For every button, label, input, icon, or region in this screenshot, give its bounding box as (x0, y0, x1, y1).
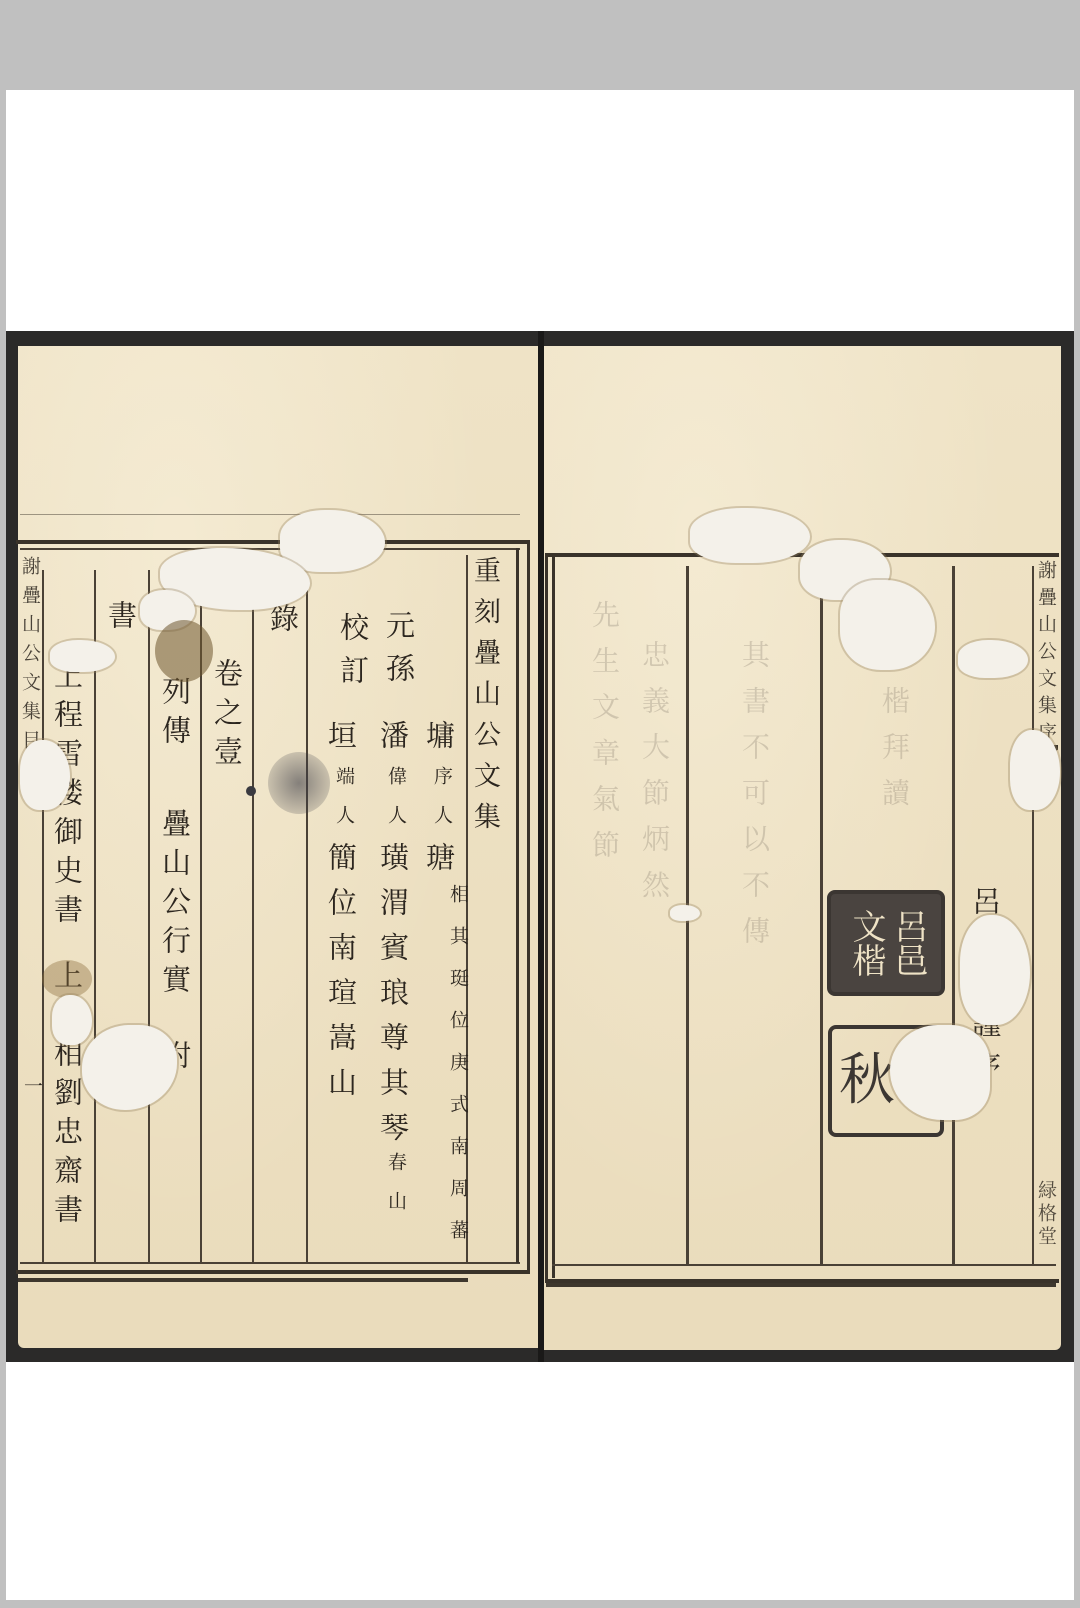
paper-damage (960, 915, 1030, 1025)
right-bottom-band (546, 1283, 1056, 1287)
paper-damage (890, 1025, 990, 1120)
left-bottom-band (18, 1278, 468, 1282)
column-rule (306, 590, 308, 1262)
left-inner-top-rule (20, 548, 520, 550)
letters-heading: 書 (106, 600, 135, 643)
editor-note: 偉人 (386, 766, 405, 844)
paper-damage (958, 640, 1028, 678)
right-edge-bottom: 緑格堂 (1036, 1180, 1055, 1249)
paper-damage (52, 995, 92, 1045)
editor-name-yuan: 垣 (326, 720, 355, 763)
stain (155, 620, 213, 682)
volume-one-label: 卷之壹 (212, 658, 241, 775)
editor-detail-3: 簡位南瑄嵩山 (326, 842, 355, 1112)
right-outer-rule (552, 556, 555, 1278)
editor-note: 端人 (334, 766, 353, 844)
right-inner-bottom-rule (552, 1264, 1056, 1266)
seal-text: 呂邑 (889, 909, 925, 977)
editor-name-tang: 瑭 (424, 842, 453, 885)
left-inner-bottom-rule (20, 1262, 520, 1264)
show-through-text: 先生文章氣節 (590, 600, 618, 876)
editor-name-pan: 潘 (378, 720, 407, 763)
column-rule (1032, 566, 1034, 1264)
column-rule (820, 566, 823, 1264)
paper-damage (1010, 730, 1060, 810)
paper-damage (840, 580, 935, 670)
ink-dot (246, 786, 256, 796)
editor-name-yong: 墉 (424, 720, 453, 763)
column-rule (42, 570, 44, 1262)
editor-label-yuansun: 元孫 (384, 610, 413, 696)
column-rule (94, 570, 96, 1262)
biography-heading: 列傳 (160, 676, 189, 754)
book-spine (538, 331, 544, 1362)
editor-label-jiaoding: 校訂 (338, 612, 367, 698)
show-through-text: 其書不可以不傳 (740, 640, 768, 962)
ink-blot (268, 752, 330, 814)
column-rule (252, 570, 254, 1262)
editor-note: 序人 (432, 766, 451, 844)
right-edge-column: 謝疊山公文集序 (1036, 560, 1055, 749)
paper-damage (20, 740, 70, 810)
seal-text: 秋 (839, 1052, 895, 1111)
editor-detail-2: 璜渭賓琅尊其琴 (378, 842, 407, 1157)
stain (42, 960, 92, 998)
paper-damage (50, 640, 115, 672)
seal-text: 文楷 (847, 909, 883, 977)
paper-damage (280, 510, 385, 572)
paper-damage (690, 508, 810, 563)
page-number: 一 (22, 1076, 41, 1115)
show-through-text: 忠義大節炳然 (640, 640, 668, 916)
editor-detail-1: 相其珽位庚式南周蕃 (448, 884, 467, 1262)
paper-damage (670, 905, 700, 921)
top-rule (20, 514, 520, 515)
book-title-column: 重刻疊山公文集 (471, 556, 498, 843)
editor-detail-2-tail: 春山 (386, 1152, 405, 1230)
column-rule (952, 566, 955, 1264)
biography-entry: 疊山公行實 (160, 808, 189, 1003)
left-outer-rule (516, 548, 519, 1263)
seal-lu-wenkai: 呂邑 文楷 (827, 890, 945, 996)
column-rule (148, 570, 150, 1262)
